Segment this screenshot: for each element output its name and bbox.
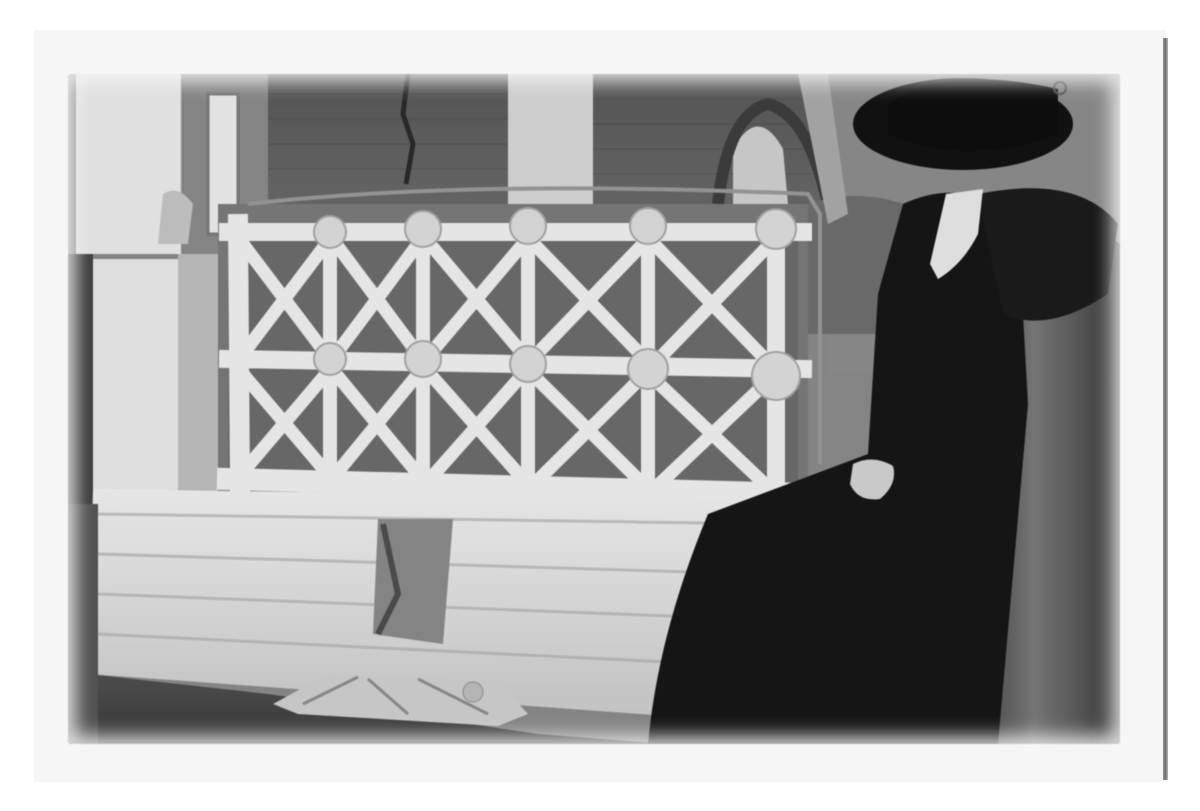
print-edge-shadow (1163, 38, 1168, 780)
photo-scene (68, 74, 1120, 744)
photograph (68, 74, 1120, 744)
